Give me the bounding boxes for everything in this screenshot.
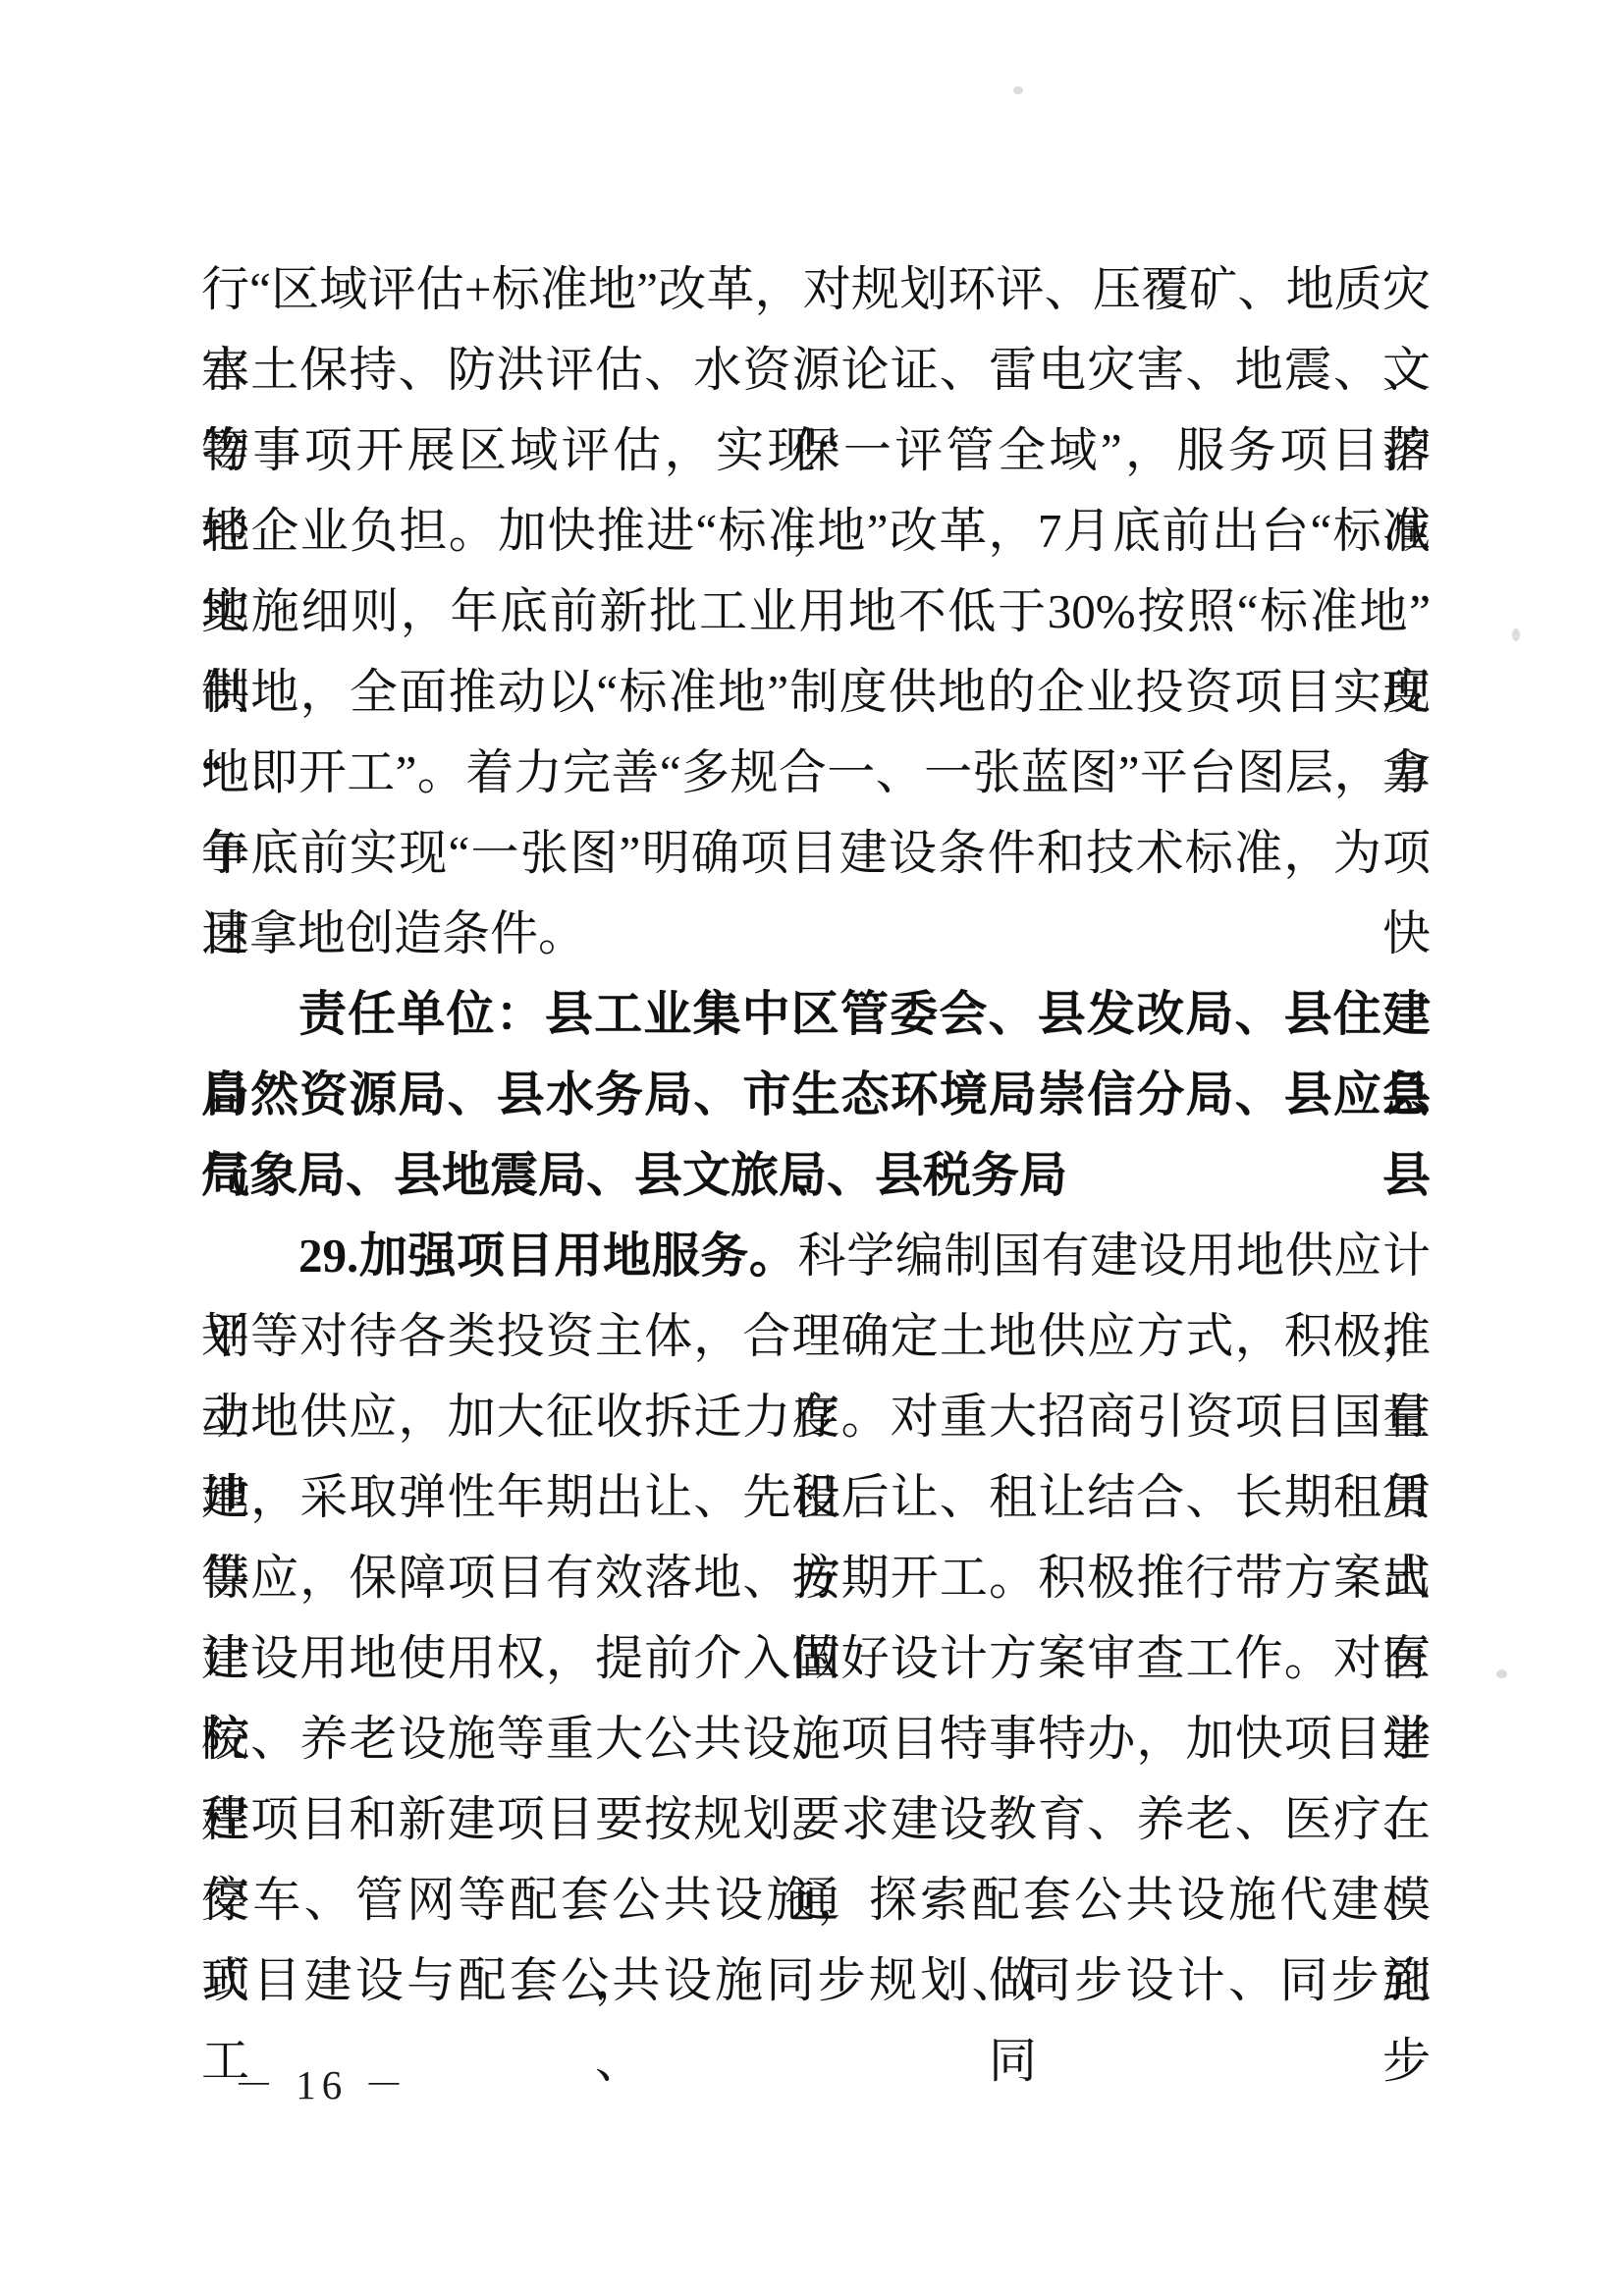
text-line: 责任单位：县工业集中区管委会、县发改局、县住建局、县 [201,974,1431,1055]
text-line: 平等对待各类投资主体，合理确定土地供应方式，积极推动存量 [201,1296,1431,1377]
text-line: 供地，全面推动以“标准地”制度供地的企业投资项目实现“拿 [201,652,1431,733]
text-line: 校、养老设施等重大公共设施项目特事特办，加快项目进程。在 [201,1699,1431,1779]
bold-text-segment: 29.加强项目用地服务。 [298,1229,798,1283]
text-line: 水土保持、防洪评估、水资源论证、雷电灾害、地震、文物保护 [201,330,1431,410]
document-page: 行“区域评估+标准地”改革，对规划环评、压覆矿、地质灾害、水土保持、防洪评估、水… [0,0,1623,2296]
text-line: 项目建设与配套公共设施同步规划、同步设计、同步施工、同步 [201,1941,1431,2021]
text-line: 建项目和新建项目要按规划要求建设教育、养老、医疗、交通、 [201,1779,1431,1860]
text-line: 供应，保障项目有效落地、按期开工。积极推行带方案出让国有 [201,1538,1431,1618]
text-line: 建设用地使用权，提前介入做好设计方案审查工作。对医院、学 [201,1618,1431,1699]
text-line: 年底前实现“一张图”明确项目建设条件和技术标准，为项目快 [201,813,1431,894]
text-line: 行“区域评估+标准地”改革，对规划环评、压覆矿、地质灾害、 [201,249,1431,330]
scan-artifact-speck [1013,86,1023,94]
text-line: 停车、管网等配套公共设施，探索配套公共设施代建模式，做到 [201,1860,1431,1941]
text-segment: 速拿地创造条件。 [201,906,586,960]
text-line: 轻企业负担。加快推进“标准地”改革，7月底前出台“标准地” [201,491,1431,572]
text-line: 等事项开展区域评估，实现“一评管全域”，服务项目落地，减 [201,410,1431,491]
text-line: 实施细则，年底前新批工业用地不低于30%按照“标准地”制度 [201,572,1431,652]
text-line: 29.加强项目用地服务。科学编制国有建设用地供应计划， [201,1216,1431,1296]
scan-artifact-speck [1512,629,1520,641]
scan-artifact-speck [1496,1669,1507,1678]
text-line: 自然资源局、县水务局、市生态环境局崇信分局、县应急局、县 [201,1055,1431,1135]
text-line: 地即开工”。着力完善“多规合一、一张蓝图”平台图层，力争 [201,733,1431,813]
bold-text-segment: 气象局、县地震局、县文旅局、县税务局 [201,1148,1067,1202]
page-number: － 16 － [234,2060,410,2109]
text-line: 土地供应，加大征收拆迁力度。对重大招商引资项目国有建设用 [201,1377,1431,1457]
body-text: 行“区域评估+标准地”改革，对规划环评、压覆矿、地质灾害、水土保持、防洪评估、水… [201,249,1431,2021]
text-line: 地，采取弹性年期出让、先租后让、租让结合、长期租赁等方式 [201,1457,1431,1538]
